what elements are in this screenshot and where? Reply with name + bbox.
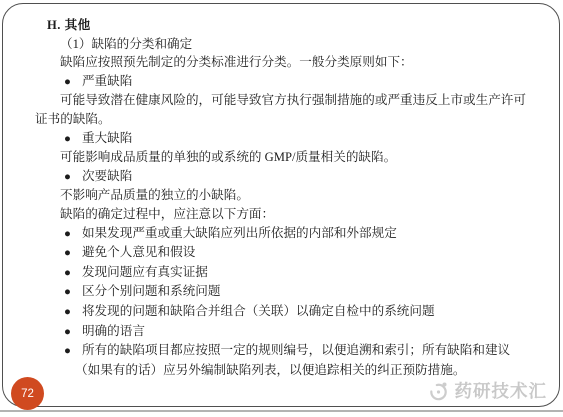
watermark-logo-icon	[427, 379, 450, 402]
bullet-item: ●次要缺陷	[35, 167, 527, 187]
bullet-icon: ●	[64, 171, 71, 183]
bullet-text: 发现问题应有真实证据	[82, 265, 208, 279]
bullet-icon: ●	[64, 326, 71, 338]
bullet-item: ●所有的缺陷项目都应按照一定的规则编号，以便追溯和索引；所有缺陷和建议（如果有的…	[35, 341, 527, 379]
bullet-icon: ●	[64, 306, 71, 318]
paragraph: 不影响产品质量的独立的小缺陷。	[35, 186, 527, 205]
paragraph: 可能导致潜在健康风险的，可能导致官方执行强制措施的或严重违反上市或生产许可证书的…	[35, 91, 527, 128]
bullet-item: ●避免个人意见和假设	[35, 243, 527, 263]
bullet-item: ●发现问题应有真实证据	[35, 263, 527, 283]
bullet-icon: ●	[64, 228, 71, 240]
bullet-text: 如果发现严重或重大缺陷应列出所依据的内部和外部规定	[82, 226, 397, 240]
bullet-icon: ●	[64, 345, 71, 357]
watermark: 药研技术汇	[427, 378, 548, 403]
page-number-badge: 72	[11, 377, 44, 410]
bullet-item: ●严重缺陷	[35, 72, 527, 92]
bullet-text: 重大缺陷	[82, 131, 132, 145]
bullet-icon: ●	[64, 76, 71, 88]
paragraph: 可能影响成品质量的单独的或系统的 GMP/质量相关的缺陷。	[35, 148, 527, 167]
paragraph: （1）缺陷的分类和确定	[35, 35, 527, 54]
bullet-text: 明确的语言	[82, 324, 145, 338]
bottom-divider	[0, 410, 563, 412]
bullet-text: 将发现的问题和缺陷合并组合（关联）以确定自检中的系统问题	[82, 304, 435, 318]
bullet-icon: ●	[64, 247, 71, 259]
watermark-text: 药研技术汇	[455, 378, 548, 403]
bullet-item: ●区分个别问题和系统问题	[35, 282, 527, 302]
bullet-item: ●如果发现严重或重大缺陷应列出所依据的内部和外部规定	[35, 224, 527, 244]
bullet-item: ●将发现的问题和缺陷合并组合（关联）以确定自检中的系统问题	[35, 302, 527, 322]
bullet-item: ●明确的语言	[35, 322, 527, 342]
paragraph: 缺陷的确定过程中，应注意以下方面：	[35, 205, 527, 224]
bullet-text: 区分个别问题和系统问题	[82, 284, 221, 298]
section-heading: H. 其他	[47, 16, 527, 35]
slide-content: H. 其他（1）缺陷的分类和确定缺陷应按照预先制定的分类标准进行分类。一般分类原…	[35, 16, 527, 379]
bullet-text: 所有的缺陷项目都应按照一定的规则编号，以便追溯和索引；所有缺陷和建议（如果有的话…	[75, 343, 510, 377]
document-page: H. 其他（1）缺陷的分类和确定缺陷应按照预先制定的分类标准进行分类。一般分类原…	[0, 0, 563, 417]
page-number: 72	[21, 388, 34, 400]
bullet-text: 避免个人意见和假设	[82, 245, 195, 259]
bullet-icon: ●	[64, 267, 71, 279]
paragraph: 缺陷应按照预先制定的分类标准进行分类。一般分类原则如下：	[35, 53, 527, 72]
bullet-item: ●重大缺陷	[35, 129, 527, 149]
bullet-icon: ●	[64, 286, 71, 298]
bullet-text: 次要缺陷	[82, 169, 132, 183]
bullet-icon: ●	[64, 133, 71, 145]
bullet-text: 严重缺陷	[82, 74, 132, 88]
